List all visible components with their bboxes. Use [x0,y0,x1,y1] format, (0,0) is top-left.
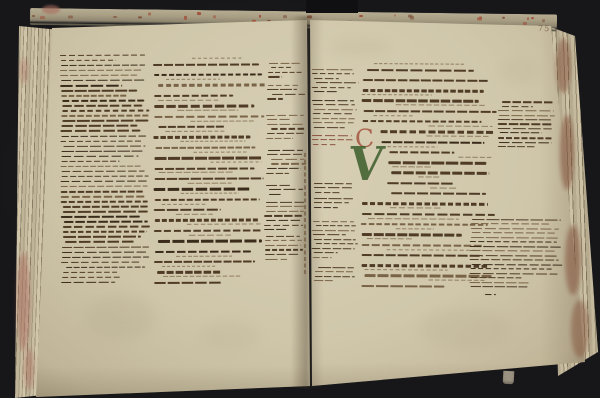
right-page-left-margin-note-1 [312,66,356,93]
stain [42,5,60,14]
right-page-right-margin-note-1 [498,99,556,135]
left-page-margin-note-3 [266,112,304,140]
left-page-margin-note-2 [267,82,301,101]
edge-speckle [40,16,45,19]
stain [498,58,540,84]
stain [556,38,571,93]
folio-number: 75 [538,24,550,33]
edge-speckle [531,17,534,19]
edge-speckle [184,16,187,19]
right-page-gutter-vertical-note [304,152,306,274]
edge-speckle [410,16,414,19]
stain [20,58,28,84]
manuscript-photo: C V 75 [0,0,600,398]
edge-speckle [32,15,35,17]
edge-speckle [197,12,201,14]
edge-speckle [259,15,261,18]
stain [565,225,581,295]
edge-speckle [502,17,505,19]
stain [17,252,30,352]
edge-speckle [527,17,529,19]
edge-speckle [68,15,74,19]
right-page-right-margin-note-3 [469,216,562,289]
left-page-commentary-column [60,52,149,285]
right-page-left-margin-note-3 [311,132,357,146]
right-page-left-margin-note-2 [312,97,356,129]
left-page-main-text-column [153,56,266,285]
left-page-margin-note-4 [266,147,302,175]
stain [330,38,390,56]
stain [560,115,574,190]
spine-gap [306,0,358,13]
right-page-left-margin-note-7 [313,264,353,282]
right-page-left-margin-note-6 [312,218,356,259]
initial-letter-v: V [347,142,386,189]
left-page-margin-note-6 [264,199,304,231]
edge-speckle [283,15,287,18]
right-page-left-margin-note-5 [313,195,353,209]
left-page-margin-note-7 [264,233,302,261]
edge-speckle [213,15,216,18]
right-page-right-margin-note-2 [498,135,554,149]
edge-speckle [148,13,151,16]
stain [571,300,589,358]
stain [24,348,34,390]
stain [85,295,155,340]
edge-speckle [523,22,527,26]
edge-speckle [359,15,363,18]
parchment-tab [503,371,515,385]
edge-speckle [479,16,482,18]
stain [200,320,260,350]
edge-speckle [138,16,142,18]
edge-speckle [542,20,545,22]
edge-speckle [113,16,117,18]
left-page-margin-note-1 [267,60,303,79]
right-page-catchword [482,291,502,296]
edge-speckle [394,14,396,16]
left-page-margin-note-5 [266,182,300,196]
stain [420,308,510,348]
